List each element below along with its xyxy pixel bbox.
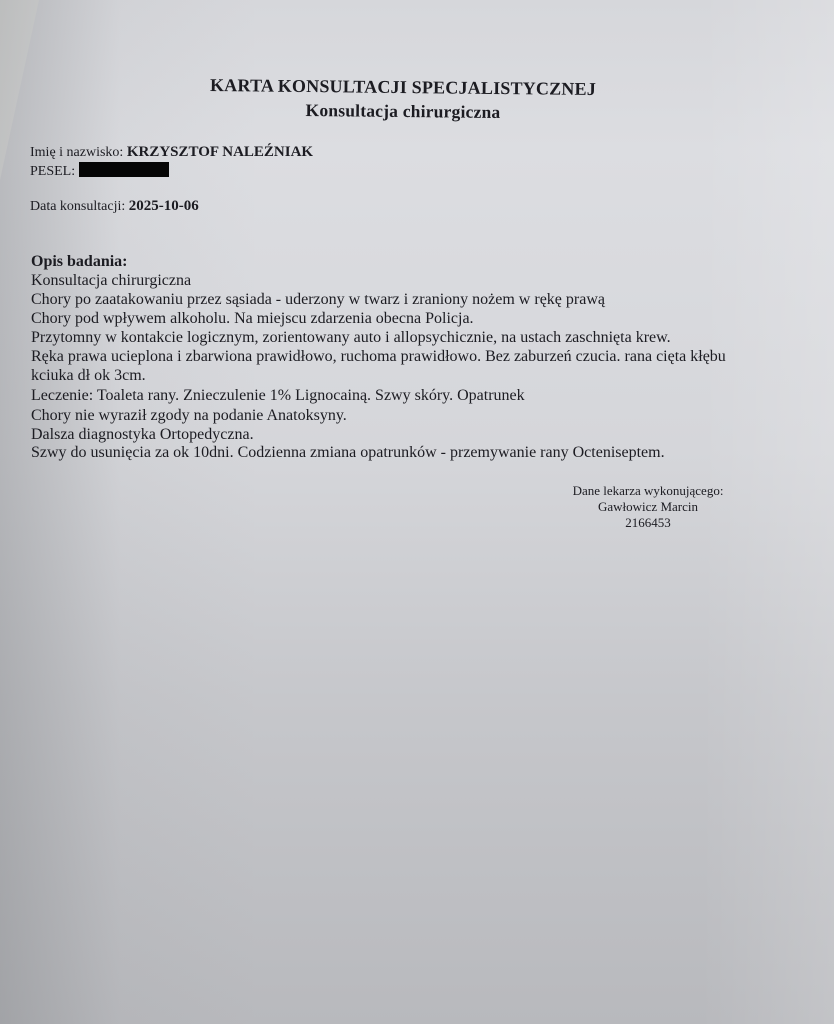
description-line: Ręka prawa ucieplona i zbarwiona prawidł… bbox=[31, 348, 726, 366]
description-line: kciuka dł ok 3cm. bbox=[31, 367, 146, 385]
description-line: Przytomny w kontakcie logicznym, zorient… bbox=[31, 329, 671, 347]
doctor-label: Dane lekarza wykonującego: bbox=[548, 483, 748, 499]
doctor-id: 2166453 bbox=[548, 515, 748, 531]
consultation-date-label: Data konsultacji: bbox=[30, 199, 125, 214]
description-line: Dalsza diagnostyka Ortopedyczna. bbox=[31, 426, 254, 444]
description-line: Chory nie wyraził zgody na podanie Anato… bbox=[31, 407, 347, 425]
description-line: Chory pod wpływem alkoholu. Na miejscu z… bbox=[31, 310, 474, 328]
doctor-name: Gawłowicz Marcin bbox=[548, 499, 748, 515]
description-line: Chory po zaatakowaniu przez sąsiada - ud… bbox=[31, 291, 605, 309]
patient-name-label: Imię i nazwisko: bbox=[30, 145, 123, 160]
description-heading: Opis badania: bbox=[31, 253, 127, 271]
consultation-date-row: Data konsultacji: 2025-10-06 bbox=[30, 198, 199, 215]
patient-name-row: Imię i nazwisko: KRZYSZTOF NALEŹNIAK bbox=[30, 144, 313, 161]
description-line: Szwy do usunięcia za ok 10dni. Codzienna… bbox=[31, 444, 665, 462]
description-line: Konsultacja chirurgiczna bbox=[31, 272, 191, 290]
pesel-redaction-box bbox=[79, 162, 169, 177]
pesel-row: PESEL: bbox=[30, 162, 169, 180]
consultation-date-value: 2025-10-06 bbox=[129, 198, 199, 214]
patient-name-value: KRZYSZTOF NALEŹNIAK bbox=[127, 144, 313, 160]
description-line: Leczenie: Toaleta rany. Znieczulenie 1% … bbox=[31, 387, 525, 405]
pesel-label: PESEL: bbox=[30, 164, 75, 179]
